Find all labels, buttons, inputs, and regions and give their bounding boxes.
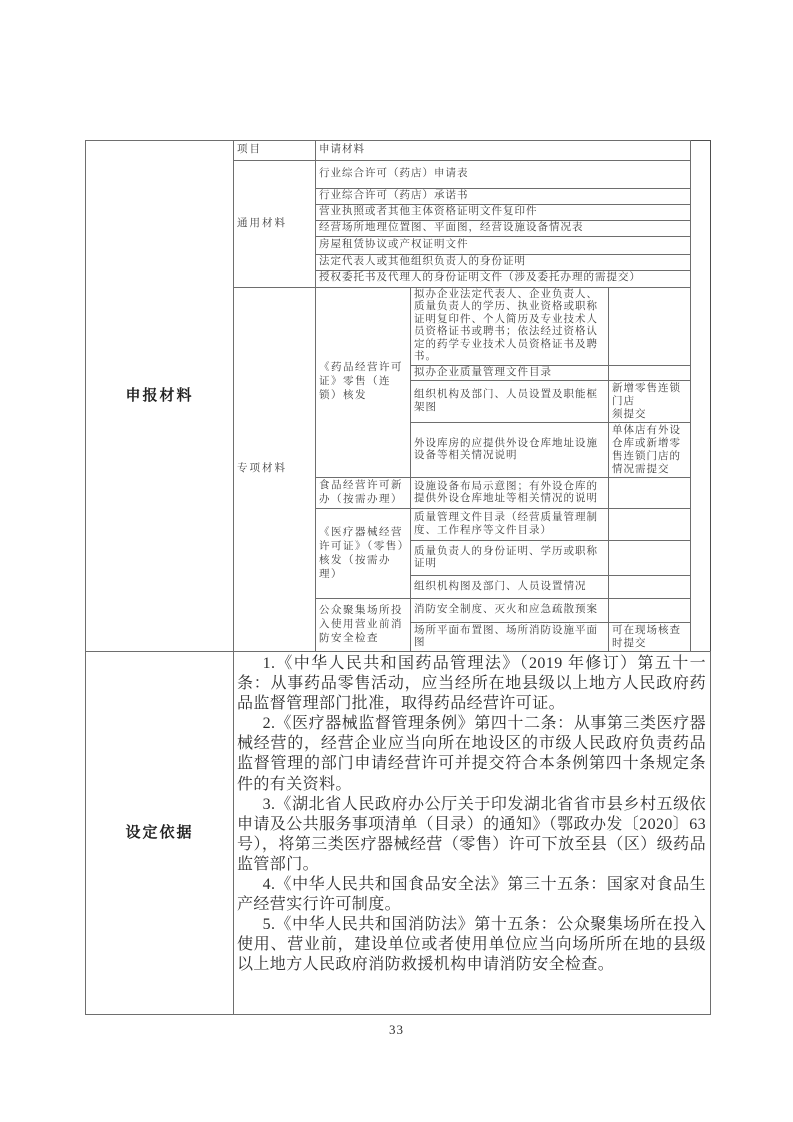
material-cell: 质量负责人的身份证明、学历或职称证明	[411, 541, 609, 576]
group-name-cell-fire-safety: 公众聚集场所投入使用营业前消防安全检查	[316, 599, 411, 652]
general-material-cell: 行业综合许可（药店）承诺书	[316, 189, 691, 205]
basis-text-cell: 1.《中华人民共和国药品管理法》（2019 年修订）第五十一条：从事药品零售活动…	[234, 652, 711, 1015]
basis-paragraph-3: 3.《湖北省人民政府办公厅关于印发湖北省省市县乡村五级依申请及公共服务事项清单（…	[237, 795, 706, 875]
note-cell	[609, 576, 691, 599]
material-cell: 质量管理文件目录（经营质量管理制度、工作程序等文件目录）	[411, 509, 609, 541]
material-cell: 消防安全制度、灭火和应急疏散预案	[411, 599, 609, 623]
table-margin-strip	[691, 599, 711, 623]
table-margin-strip	[691, 141, 711, 161]
material-cell: 外设库房的应提供外设仓库地址设施设备等相关情况说明	[411, 423, 609, 478]
basis-paragraph-5: 5.《中华人民共和国消防法》第十五条：公众聚集场所在投入使用、营业前，建设单位或…	[237, 915, 706, 975]
materials-row-label: 申报材料	[86, 141, 234, 652]
basis-paragraph-4: 4.《中华人民共和国食品安全法》第三十五条：国家对食品生产经营实行许可制度。	[237, 875, 706, 915]
general-materials-label: 通用材料	[234, 161, 316, 288]
note-cell	[609, 509, 691, 541]
application-materials-header-cell: 申请材料	[316, 141, 691, 161]
special-materials-label: 专项材料	[234, 287, 316, 652]
note-cell	[609, 287, 691, 365]
table-margin-strip	[691, 236, 711, 254]
general-material-cell: 房屋租赁协议或产权证明文件	[316, 236, 691, 254]
licensing-materials-table: 申报材料 项目 申请材料 通用材料 行业综合许可（药店）申请表 行业综合许可（药…	[85, 140, 711, 1015]
table-margin-strip	[691, 423, 711, 478]
table-margin-strip	[691, 287, 711, 365]
basis-row-label: 设定依据	[86, 652, 234, 1015]
general-material-cell: 经营场所地理位置图、平面图，经营设施设备情况表	[316, 220, 691, 236]
material-cell: 设施设备布局示意图；有外设仓库的提供外设仓库地址等相关情况的说明	[411, 478, 609, 509]
general-material-cell: 法定代表人或其他组织负责人的身份证明	[316, 254, 691, 270]
table-margin-strip	[691, 220, 711, 236]
note-cell: 单体店有外设仓库或新增零售连锁门店的情况需提交	[609, 423, 691, 478]
basis-paragraphs: 1.《中华人民共和国药品管理法》（2019 年修订）第五十一条：从事药品零售活动…	[237, 654, 706, 976]
general-material-cell: 行业综合许可（药店）申请表	[316, 161, 691, 189]
general-material-cell: 营业执照或者其他主体资格证明文件复印件	[316, 205, 691, 221]
table-margin-strip	[691, 205, 711, 221]
group-name-cell-drug-license: 《药品经营许可证》零售（连锁）核发	[316, 287, 411, 478]
table-margin-strip	[691, 541, 711, 576]
material-cell: 场所平面布置图、场所消防设施平面图	[411, 623, 609, 652]
note-cell: 可在现场核查时提交	[609, 623, 691, 652]
group-name-cell-medical-device-license: 《医疗器械经营许可证》（零售）核发（按需办理）	[316, 509, 411, 599]
basis-paragraph-2: 2.《医疗器械监督管理条例》第四十二条：从事第三类医疗器械经营的，经营企业应当向…	[237, 714, 706, 794]
page-number: 33	[0, 1022, 793, 1038]
table-margin-strip	[691, 189, 711, 205]
table-margin-strip	[691, 509, 711, 541]
material-cell: 组织机构图及部门、人员设置情况	[411, 576, 609, 599]
note-cell	[609, 541, 691, 576]
note-cell: 新增零售连锁门店 须提交	[609, 381, 691, 423]
general-material-cell: 授权委托书及代理人的身份证明文件（涉及委托办理的需提交）	[316, 270, 691, 287]
table-margin-strip	[691, 576, 711, 599]
table-margin-strip	[691, 623, 711, 652]
material-cell: 拟办企业质量管理文件目录	[411, 365, 609, 381]
document-page: 申报材料 项目 申请材料 通用材料 行业综合许可（药店）申请表 行业综合许可（药…	[0, 0, 793, 1122]
item-header-cell: 项目	[234, 141, 316, 161]
material-cell: 组织机构及部门、人员设置及职能框架图	[411, 381, 609, 423]
table-margin-strip	[691, 254, 711, 270]
group-name-cell-food-license: 食品经营许可新办（按需办理）	[316, 478, 411, 509]
note-cell	[609, 599, 691, 623]
table-margin-strip	[691, 161, 711, 189]
table-margin-strip	[691, 270, 711, 287]
table-margin-strip	[691, 478, 711, 509]
table-margin-strip	[691, 365, 711, 381]
note-cell	[609, 365, 691, 381]
note-cell	[609, 478, 691, 509]
material-cell: 拟办企业法定代表人、企业负责人、质量负责人的学历、执业资格或职称证明复印件、个人…	[411, 287, 609, 365]
basis-paragraph-1: 1.《中华人民共和国药品管理法》（2019 年修订）第五十一条：从事药品零售活动…	[237, 654, 706, 714]
table-margin-strip	[691, 381, 711, 423]
